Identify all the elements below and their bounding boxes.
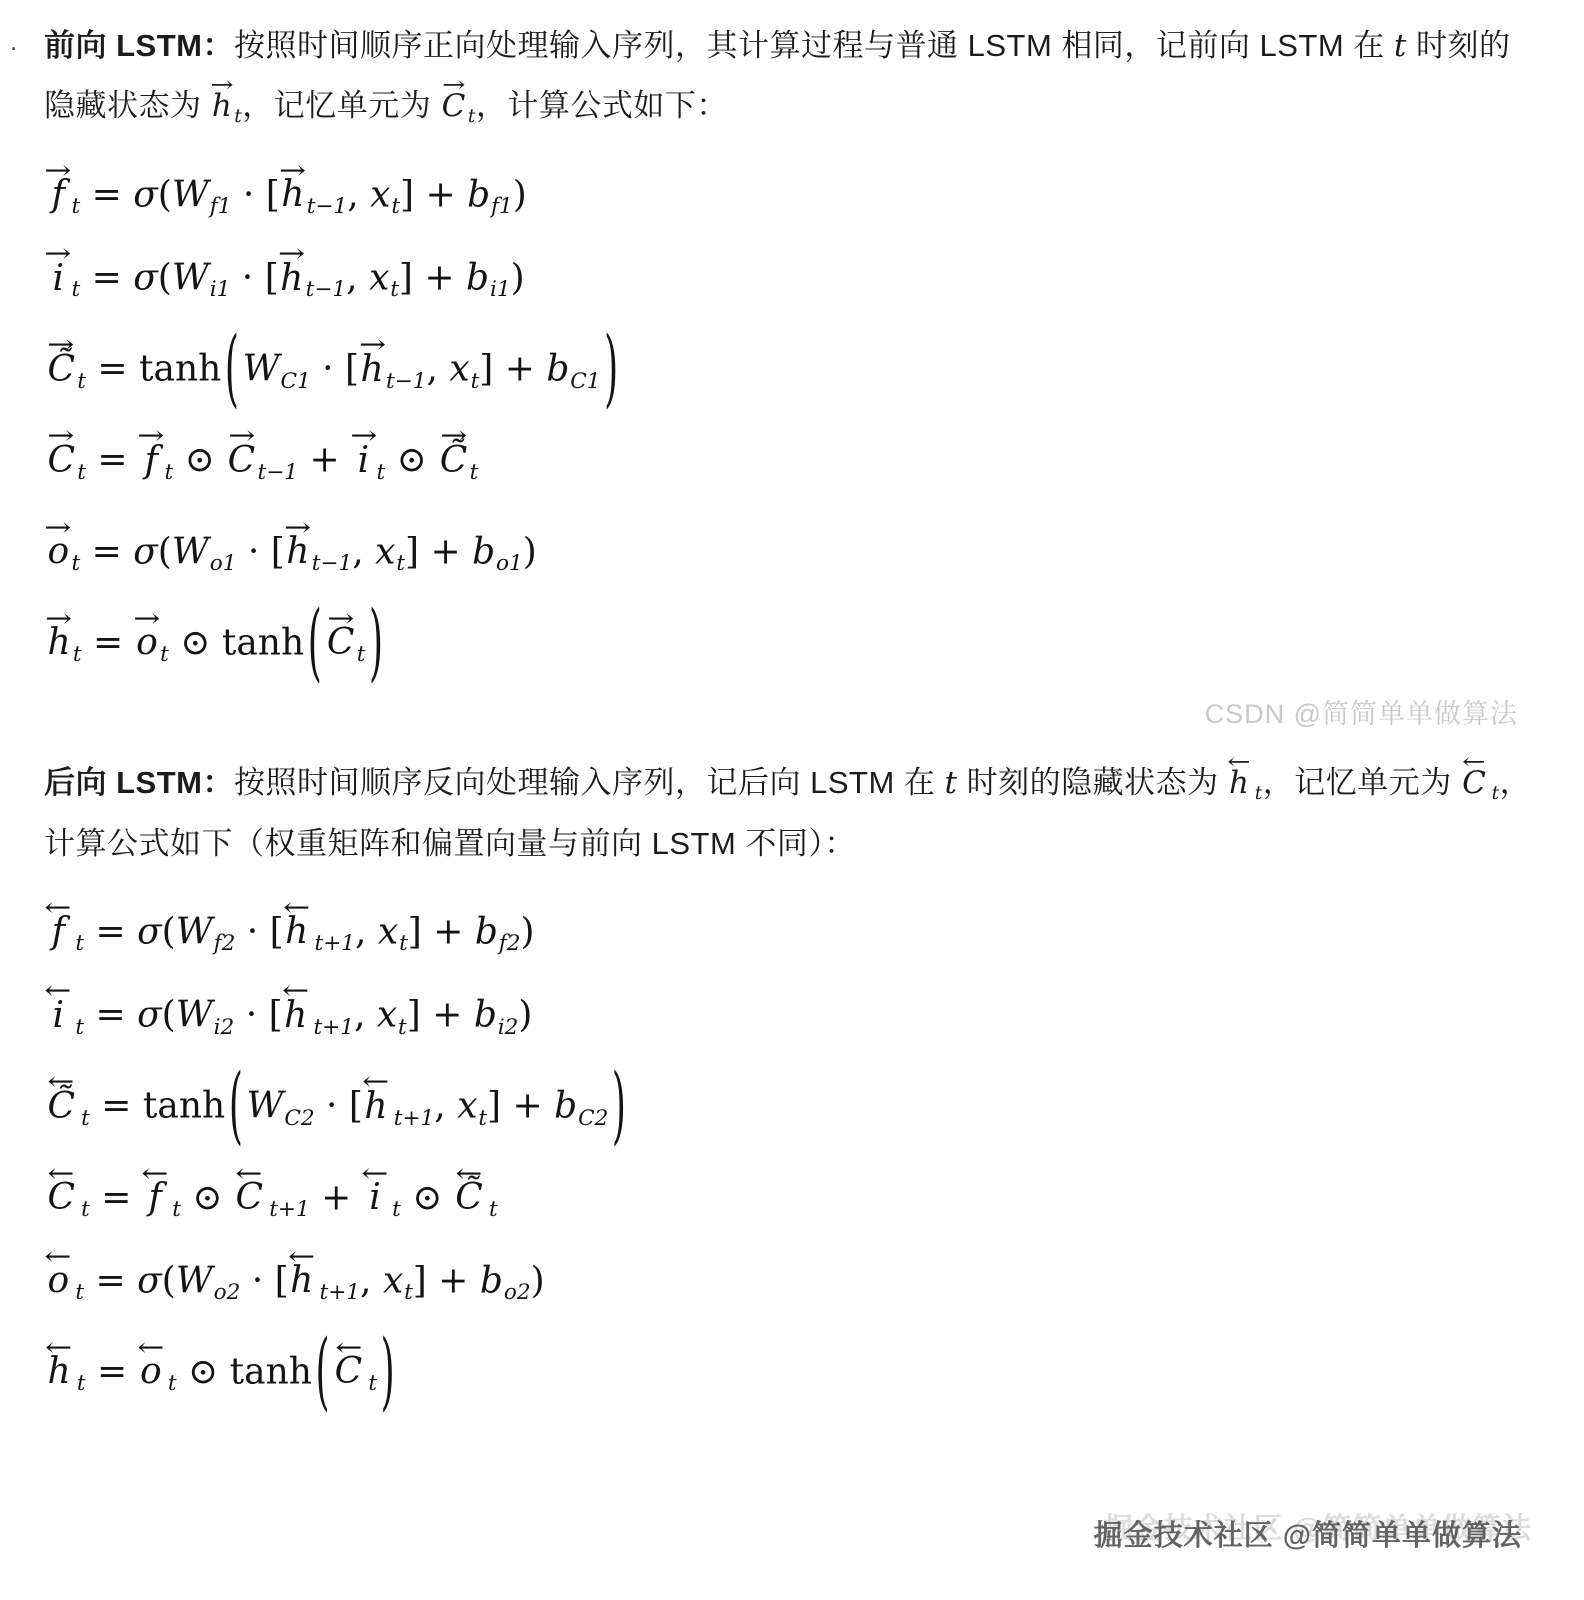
left-arrow-icon: ← [44,1074,78,1087]
right-arrow-icon: → [283,520,312,533]
right-arrow-vector: →C [228,428,256,479]
right-arrow-icon: → [45,520,72,533]
right-arrow-icon: → [350,428,377,441]
right-arrow-icon: → [439,79,469,91]
right-arrow-vector: →f [47,163,69,214]
left-arrow-icon: ← [45,983,72,996]
formula-forward-output-gate: →ot = σ(Wo1 · [→ht−1, xt] + bo1) [44,520,1534,577]
formula-backward-input-gate: ←it = σ(Wi2 · [←ht+1, xt] + bi2) [44,983,1534,1040]
page-root: . 前向 LSTM：按照时间顺序正向处理输入序列，其计算过程与普通 LSTM 相… [0,0,1584,1600]
left-arrow-icon: ← [232,1166,266,1179]
right-arrow-icon: → [45,611,74,624]
left-arrow-vector: ←h [284,983,307,1034]
backward-lstm-paragraph: 后向 LSTM：按照时间顺序反向处理输入序列，记后向 LSTM 在 t 时刻的隐… [44,753,1534,874]
right-arrow-icon: → [44,428,78,441]
right-arrow-icon: → [323,611,357,624]
formula-forward-cell-state: →Ct = →ft ⊙ →Ct−1 + →it ⊙ →C̃t [44,428,1534,485]
right-arrow-icon: → [278,163,307,176]
right-arrow-icon: → [436,428,470,441]
right-arrow-vector: →C [442,79,466,123]
left-arrow-icon: ← [45,1340,74,1353]
big-parenthesis: ) [381,1324,395,1421]
left-arrow-icon: ← [45,1249,72,1262]
big-parenthesis: ) [369,595,383,692]
right-arrow-vector: →h [361,337,384,388]
right-arrow-vector: →h [280,246,303,297]
right-arrow-icon: → [133,611,160,624]
left-arrow-icon: ← [1459,756,1489,768]
left-arrow-icon: ← [362,1074,391,1087]
right-arrow-vector: →o [47,520,69,571]
left-arrow-vector: ←f [144,1166,166,1217]
right-arrow-vector: →i [47,246,69,297]
left-arrow-vector: ←h [285,900,308,951]
right-arrow-icon: → [45,246,72,259]
left-arrow-vector: ←i [47,983,69,1034]
list-bullet-marker: . [10,26,17,57]
left-arrow-icon: ← [287,1249,316,1262]
forward-lstm-paragraph: 前向 LSTM：按照时间顺序正向处理输入序列，其计算过程与普通 LSTM 相同，… [44,16,1534,137]
left-arrow-icon: ← [137,1340,164,1353]
right-arrow-vector: →C̃ [47,337,75,388]
formula-forward-forget-gate: →ft = σ(Wf1 · [→ht−1, xt] + bf1) [44,163,1534,220]
left-arrow-icon: ← [361,1166,388,1179]
article-content: 前向 LSTM：按照时间顺序正向处理输入序列，其计算过程与普通 LSTM 相同，… [0,0,1584,1397]
right-arrow-vector: →f [140,428,162,479]
left-arrow-icon: ← [44,1166,78,1179]
left-arrow-icon: ← [281,983,310,996]
big-parenthesis: ( [225,322,239,419]
left-arrow-icon: ← [1226,756,1252,768]
left-arrow-vector: ←o [47,1249,69,1300]
juejin-watermark: 掘金技术社区 @简简单单做算法 [1094,1513,1522,1554]
right-arrow-vector: →h [212,79,232,123]
formula-backward-cell-state: ←Ct = ←ft ⊙ ←Ct+1 + ←it ⊙ ←C̃t [44,1166,1534,1223]
left-arrow-vector: ←i [364,1166,386,1217]
right-arrow-icon: → [209,79,235,91]
left-arrow-vector: ←h [290,1249,313,1300]
left-arrow-vector: ←C [235,1166,263,1217]
left-arrow-icon: ← [282,900,311,913]
big-parenthesis: ( [308,595,322,692]
left-arrow-icon: ← [452,1166,486,1179]
right-arrow-icon: → [277,246,306,259]
right-arrow-vector: →C [47,428,75,479]
formula-backward-candidate-cell: ←C̃t = tanh(WC2 · [←ht+1, xt] + bC2) [44,1074,1534,1131]
formula-backward-output-gate: ←ot = σ(Wo2 · [←ht+1, xt] + bo2) [44,1249,1534,1306]
csdn-watermark: CSDN @简简单单做算法 [44,692,1518,731]
left-arrow-vector: ←C̃ [455,1166,483,1217]
left-arrow-vector: ←C̃ [47,1074,75,1125]
big-parenthesis: ( [229,1059,243,1156]
left-arrow-vector: ←h [47,1340,70,1391]
right-arrow-vector: →h [47,611,70,662]
right-arrow-vector: →o [136,611,158,662]
left-arrow-vector: ←o [140,1340,162,1391]
right-arrow-icon: → [44,337,78,350]
right-arrow-vector: →h [281,163,304,214]
left-arrow-icon: ← [142,1166,169,1179]
left-arrow-vector: ←C [1462,756,1486,800]
big-parenthesis: ( [316,1324,330,1421]
formula-forward-hidden-state: →ht = →ot ⊙ tanh(→Ct) [44,611,1534,668]
right-arrow-vector: →C̃ [440,428,468,479]
right-arrow-icon: → [358,337,387,350]
left-arrow-vector: ←f [47,900,69,951]
formula-forward-input-gate: →it = σ(Wi1 · [→ht−1, xt] + bi1) [44,246,1534,303]
formula-forward-candidate-cell: →C̃t = tanh(WC1 · [→ht−1, xt] + bC1) [44,337,1534,394]
right-arrow-vector: →h [286,520,309,571]
formula-backward-forget-gate: ←ft = σ(Wf2 · [←ht+1, xt] + bf2) [44,900,1534,957]
left-arrow-icon: ← [45,900,72,913]
left-arrow-vector: ←C [335,1340,363,1391]
big-parenthesis: ) [604,322,618,419]
right-arrow-icon: → [224,428,258,441]
right-arrow-icon: → [138,428,165,441]
right-arrow-icon: → [45,163,72,176]
right-arrow-vector: →C [327,611,355,662]
left-arrow-icon: ← [331,1340,365,1353]
formula-backward-hidden-state: ←ht = ←ot ⊙ tanh(←Ct) [44,1340,1534,1397]
big-parenthesis: ) [612,1059,626,1156]
left-arrow-vector: ←h [364,1074,387,1125]
left-arrow-vector: ←h [1229,756,1249,800]
left-arrow-vector: ←C [47,1166,75,1217]
right-arrow-vector: →i [353,428,375,479]
